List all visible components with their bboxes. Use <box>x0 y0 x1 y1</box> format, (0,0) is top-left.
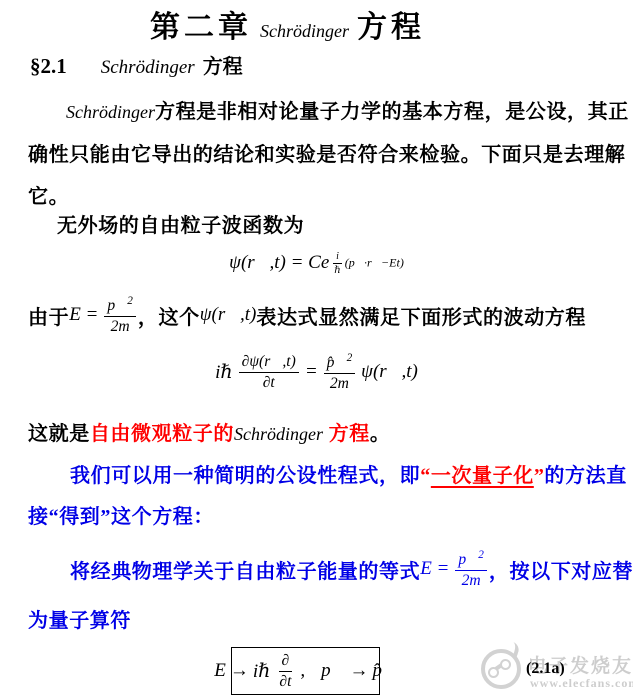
watermark-url-text: www.elecfans.com <box>530 676 633 691</box>
eq3-ihbar: iℏ <box>253 660 271 683</box>
document-page: 第二章Schrödinger方程 §2.1Schrödinger方程 Schrö… <box>0 0 633 698</box>
eq3-arrow-2: → <box>349 660 368 682</box>
inline-formula-energy-blue: E = p⃗22m <box>420 549 489 588</box>
eq3-comma: , <box>300 660 305 682</box>
paragraph-3-mid: ，这个 <box>138 301 200 330</box>
eq3-partial-fraction: ∂∂t <box>276 652 294 689</box>
paragraph-4-red2: 方程 <box>329 423 370 445</box>
paragraph-3-post: 表达式显然满足下面形式的波动方程 <box>256 301 586 330</box>
energy-fraction: p⃗22m <box>104 295 136 334</box>
paragraph-5-pre: 我们可以用一种简明的公设性程式，即 <box>70 465 420 487</box>
logo-node-2 <box>500 659 511 670</box>
eq2-equals: = <box>305 361 318 383</box>
equation-wave-equation: iℏ ∂ψ(r⃗,t)∂t = p̂⃗22m ψ(r⃗,t) <box>0 347 633 397</box>
eq2-frac1-num: ∂ψ(r⃗,t) <box>239 353 299 372</box>
energy-symbol-blue: E = <box>420 558 449 580</box>
paragraph-6-post: ，按以下对应替换 <box>489 555 633 584</box>
chapter-title-latin: Schrödinger <box>260 21 349 41</box>
paragraph-4-red1: 自由微观粒子的 <box>90 423 234 445</box>
eq2-ihbar: iℏ <box>215 361 233 384</box>
eq3-p-vector: p⃗ <box>321 660 345 682</box>
paragraph-5-line-2: 接“得到”这个方程： <box>28 500 214 529</box>
inline-formula-energy: E = p⃗22m <box>69 295 138 334</box>
paragraph-6-line-2: 为量子算符 <box>28 604 131 633</box>
paragraph-4-period: 。 <box>370 423 391 445</box>
eq2-frac1-den: ∂t <box>260 373 278 391</box>
energy-frac-num-blue: p⃗2 <box>455 549 487 570</box>
elecfans-logo-icon <box>481 644 521 688</box>
eq1-exp-num: i <box>333 251 342 264</box>
section-heading: §2.1Schrödinger方程 <box>30 50 243 79</box>
chapter-number: 第二章 <box>150 11 252 44</box>
equation-wavefunction: ψ(r⃗,t) = Ceiℏ(p⃗·r⃗−Et) <box>0 238 633 288</box>
section-title-latin: Schrödinger <box>101 57 195 78</box>
paragraph-5-line-1: 我们可以用一种简明的公设性程式，即“一次量子化”的方法直 <box>70 459 627 488</box>
eq1-exp-tail: (p⃗·r⃗−Et) <box>345 255 404 269</box>
paragraph-5-post: 的方法直 <box>544 465 626 487</box>
energy-frac-num: p⃗2 <box>104 295 136 316</box>
eq2-frac2-num: p̂⃗2 <box>324 352 356 373</box>
paragraph-6-line-1: 将经典物理学关于自由粒子能量的等式 E = p⃗22m ，按以下对应替换 <box>70 543 633 595</box>
logo-node-1 <box>488 667 499 678</box>
highlighted-term: 一次量子化 <box>431 465 534 487</box>
paragraph-1-line-3: 它。 <box>28 180 69 209</box>
inline-psi: ψ(r⃗,t) <box>200 304 257 326</box>
energy-fraction-blue: p⃗22m <box>455 549 487 588</box>
eq3-arrow-1: → <box>230 660 249 682</box>
eq3-p-hat: p̂⃗ <box>372 660 396 682</box>
eq2-frac2-den: 2m <box>327 374 352 392</box>
energy-frac-den: 2m <box>108 317 133 335</box>
eq1-lhs: ψ(r⃗,t) = Ce <box>229 252 329 274</box>
eq3-frac-num: ∂ <box>279 652 293 671</box>
paragraph-1-line-1: Schrödinger方程是非相对论量子力学的基本方程，是公设，其正 <box>66 95 629 124</box>
eq1-exp-den: ℏ <box>331 264 343 276</box>
paragraph-1-line-2: 确性只能由它导出的结论和实验是否符合来检验。下面只是去理解 <box>28 138 625 167</box>
chapter-title: 第二章Schrödinger方程 <box>0 2 575 46</box>
eq1-exponent-fraction: iℏ <box>331 251 343 276</box>
eq2-momentum-term: p̂⃗22m <box>324 352 356 391</box>
quote-close: ” <box>534 465 545 487</box>
section-number: §2.1 <box>30 54 67 78</box>
paragraph-4: 这就是自由微观粒子的Schrödinger 方程。 <box>28 417 390 446</box>
eq2-psi: ψ(r⃗,t) <box>361 361 418 383</box>
paragraph-4-latin: Schrödinger <box>234 424 323 444</box>
equation-substitution-box: E → iℏ ∂∂t, p⃗ → p̂⃗ <box>231 647 380 695</box>
eq3-E: E <box>214 660 226 682</box>
energy-frac-den-blue: 2m <box>459 571 484 589</box>
paragraph-6-pre: 将经典物理学关于自由粒子能量的等式 <box>70 555 420 584</box>
section-title-cn: 方程 <box>203 56 243 78</box>
paragraph-1-text: 方程是非相对论量子力学的基本方程，是公设，其正 <box>155 101 629 123</box>
inline-latin-schrodinger: Schrödinger <box>66 102 155 122</box>
eq3-frac-den: ∂t <box>276 672 294 690</box>
quote-open: “ <box>420 465 431 487</box>
paragraph-2: 无外场的自由粒子波函数为 <box>57 209 304 238</box>
paragraph-3: 由于 E = p⃗22m ，这个 ψ(r⃗,t) 表达式显然满足下面形式的波动方… <box>28 291 586 339</box>
energy-symbol: E = <box>69 304 98 326</box>
equation-number: (2.1a) <box>526 660 565 678</box>
paragraph-3-pre: 由于 <box>28 301 69 330</box>
chapter-title-cn: 方程 <box>357 11 425 44</box>
paragraph-4-black: 这就是 <box>28 423 90 445</box>
eq2-time-derivative: ∂ψ(r⃗,t)∂t <box>239 353 299 390</box>
